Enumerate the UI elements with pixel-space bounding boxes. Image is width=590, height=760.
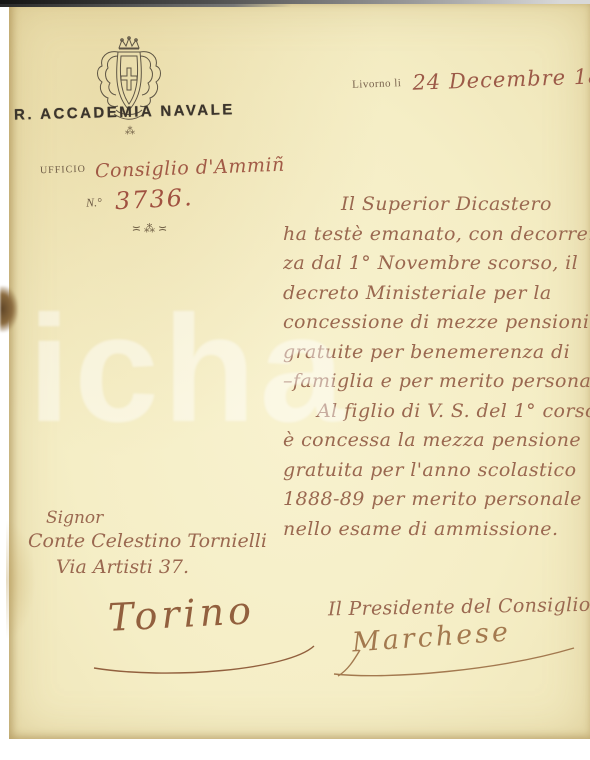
recipient-address: Via Artisti 37. bbox=[56, 556, 267, 578]
body-line: è concessa la mezza pensione bbox=[283, 426, 590, 456]
protocol-number-line: N.° 3736. bbox=[85, 183, 194, 217]
divider-ornament-icon: ≍⁂≍ bbox=[96, 222, 206, 235]
recipient-name: Conte Celestino Tornielli bbox=[28, 530, 267, 552]
letter-body: Il Superior Dicastero ha testè emanato, … bbox=[283, 190, 590, 544]
body-line: Il Superior Dicastero bbox=[283, 190, 590, 220]
scanned-letter-page: { "letterhead": { "crest_icon": "naval-a… bbox=[0, 0, 590, 760]
body-line: gratuita per l'anno scolastico bbox=[283, 456, 590, 486]
recipient-salutation: Signor bbox=[46, 508, 267, 528]
body-line: ha testè emanato, con decorren bbox=[283, 220, 590, 250]
body-line: gratuite per benemerenza di bbox=[283, 338, 590, 368]
stamp-ornament-icon: ⁂ bbox=[96, 126, 166, 137]
body-line: –famiglia e per merito personale. bbox=[283, 367, 590, 397]
body-line: 1888-89 per merito personale bbox=[283, 485, 590, 515]
city-flourish-icon bbox=[88, 642, 318, 682]
place-label: Livorno li bbox=[352, 77, 402, 91]
recipient-block: Signor Conte Celestino Tornielli Via Art… bbox=[28, 508, 267, 578]
paper-edge-stain bbox=[0, 286, 18, 332]
number-value: 3736. bbox=[114, 183, 194, 215]
recipient-city: Torino bbox=[107, 588, 256, 640]
body-line: decreto Ministeriale per la bbox=[283, 279, 590, 309]
body-line: nello esame di ammissione. bbox=[283, 515, 590, 545]
body-line: za dal 1° Novembre scorso, il bbox=[283, 249, 590, 279]
closing-title: Il Presidente del Consiglio, bbox=[328, 594, 590, 621]
body-line: concessione di mezze pensioni bbox=[283, 308, 590, 338]
body-line: Al figlio di V. S. del 1° corso bbox=[283, 397, 590, 427]
signature-flourish-icon bbox=[330, 640, 580, 684]
office-label: UFFICIO bbox=[40, 164, 86, 177]
number-label: N.° bbox=[86, 195, 103, 210]
scanner-edge-strip-left bbox=[0, 4, 292, 7]
